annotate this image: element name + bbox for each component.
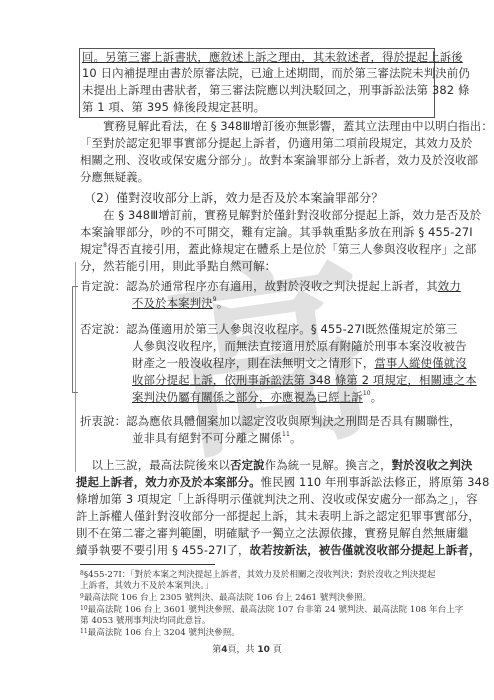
text: 。 xyxy=(371,390,383,404)
text: 最高法院 106 台上 3601 號判決參照、最高法院 107 台非第 24 號… xyxy=(88,605,464,615)
text: 作為統一見解。換言之， xyxy=(265,458,392,472)
theory-negate-line-3: 財產之一般沒收程序，則在法無明文之情形下，當事人縱使僅就沒 xyxy=(132,356,467,370)
text: 。 xyxy=(290,431,302,445)
text: 否定說 xyxy=(230,458,265,472)
text: 惟民國 110 年刑事訴訟法修正，將原第 348 xyxy=(261,475,490,489)
theory-label: 否定說： xyxy=(80,322,126,336)
footnote-10: 10最高法院 106 台上 3601 號判決參照、最高法院 107 台非第 24… xyxy=(80,605,463,616)
para1-line-2: 「至對於認定犯罪事實部分提起上訴者，仍適用第二項前段規定，其效力及於 xyxy=(80,136,472,150)
footnote-8: 8§455-27Ⅰ：「對於本案之判決提起上訴者，其效力及於相關之沒收判決；對於沒… xyxy=(80,570,435,581)
boxed-line-2: 10 日內補提理由書於原審法院，已逾上述期間，而於第三審法院未判決前仍 xyxy=(82,66,470,80)
conclusion-line-5: 則不在第二審之審判範圍，明確賦予一獨立之法源依據，實務見解自然無庸繼 xyxy=(76,526,468,540)
document-page: 高 回。另第三審上訴書狀，應敘述上訴之理由，其未敘述者，得於提起上訴後 10 日… xyxy=(0,0,494,700)
text: 認為僅適用於第三人參與沒收程序。§ 455-27Ⅰ既然僅規定於第三 xyxy=(126,322,457,336)
theory-compromise-line-1: 折衷說：認為應依具體個案加以認定沒收與原判決之刑間是否具有關聯性， xyxy=(80,414,461,428)
theory-affirm-line-1: 肯定說：認為於通常程序亦有適用，故對於沒收之判決提起上訴者，其效力 xyxy=(80,279,461,293)
footnote-ref[interactable]: 10 xyxy=(363,390,371,397)
para2-line-4: 分，然若能引用，則此爭點自然可解： xyxy=(80,259,276,273)
conclusion-line-4: 許上訴權人僅針對沒收部分一部提起上訴，其未表明上訴之認定犯罪事實部分， xyxy=(76,509,480,523)
conclusion-line-1: 以上三說，最高法院後來以否定說作為統一見解。換言之，對於沒收之判決 xyxy=(80,458,472,472)
text: 得否直接引用，蓋此條規定在體系上是位於「第三人參與沒收程序」之部 xyxy=(107,242,476,256)
total-pages: 10 xyxy=(257,645,270,655)
text: 頁 xyxy=(270,645,282,655)
text: 認為於通常程序亦有適用，故對於沒收之判決提起上訴者，其 xyxy=(126,279,438,293)
text: 續爭執要不要引用 § 455-27Ⅰ了， xyxy=(76,543,250,557)
para1-line-4: 分應無疑義。 xyxy=(80,170,149,184)
theory-negate-line-2: 人參與沒收程序，而無法直接適用於原有附隨於刑事本案沒收被告 xyxy=(132,339,467,353)
text: 並非具有絕對不可分離之關係 xyxy=(132,431,282,445)
bracket-tick-bottom xyxy=(72,392,78,393)
boxed-text: 回。另第三審上訴書狀，應敘述上訴之理由，其未敘述者，得於提起上訴後 xyxy=(82,50,463,64)
text: 故若按新法，被告僅就沒收部分提起上訴者， xyxy=(250,543,481,557)
conclusion-line-2: 提起上訴者，效力亦及於本案部分。惟民國 110 年刑事訴訟法修正，將原第 348 xyxy=(76,475,489,489)
footnote-number: 11 xyxy=(80,628,88,635)
text: 提起上訴者，效力亦及於本案部分。 xyxy=(76,475,261,489)
footnote-10-cont: 第 4053 號刑事判決均同此意旨。 xyxy=(80,616,210,627)
text: 頁，共 xyxy=(228,645,258,655)
text: 第 xyxy=(212,645,221,655)
footnote-8-cont: 上訴者，其效力不及於本案判決。」 xyxy=(80,581,213,592)
bracket-tick-top xyxy=(72,286,78,287)
para2-line-2: 本案論罪部分，吵的不可開交，難有定論。其爭執重點多放在刑訴 § 455-27Ⅰ xyxy=(80,225,473,239)
footnote-number: 10 xyxy=(80,605,88,612)
conclusion-line-3: 條增加第 3 項規定「上訴得明示僅就判決之刑、沒收或保安處分一部為之」，容 xyxy=(76,492,478,506)
text: 對於沒收之判決 xyxy=(392,458,473,472)
bracket-line xyxy=(72,286,73,392)
text: 案判決仍屬有關係之部分，亦應視為已經上訴 xyxy=(132,390,363,404)
theory-negate-line-1: 否定說：認為僅適用於第三人參與沒收程序。§ 455-27Ⅰ既然僅規定於第三 xyxy=(80,322,458,336)
text: 當事人縱使僅就沒 xyxy=(374,356,466,370)
boxed-line-4: 第 1 項、第 395 條後段規定甚明。 xyxy=(82,100,265,114)
page-number-footer: 第4頁，共 10 頁 xyxy=(0,642,494,655)
para1-line-3: 相關之刑、沒收或保安處分部分」。故對本案論罪部分上訴者，效力及於沒收部 xyxy=(80,153,478,167)
conclusion-line-6: 續爭執要不要引用 § 455-27Ⅰ了，故若按新法，被告僅就沒收部分提起上訴者， xyxy=(76,543,480,557)
theory-affirm-line-2: 不及於本案判決9。 xyxy=(132,296,228,310)
theory-compromise-line-2: 並非具有絕對不可分離之關係11。 xyxy=(132,431,302,445)
left-vertical-bar xyxy=(75,262,76,472)
text: 效力 xyxy=(438,279,461,293)
para2-line-1: 在 § 348Ⅲ增訂前，實務見解對於僅針對沒收部分提起上訴，效力是否及於 xyxy=(80,208,481,222)
theory-negate-line-5: 案判決仍屬有關係之部分，亦應視為已經上訴10。 xyxy=(132,390,382,404)
text: 不及於本案判決 xyxy=(132,296,213,310)
theory-negate-line-4: 收部分提起上訴，依刑事訴訟法第 348 條第 2 項規定，相關連之本 xyxy=(132,373,477,387)
boxed-line-3: 未提出上訴理由書狀者，第三審法院應以判決駁回之，刑事訴訟法第 382 條 xyxy=(82,83,470,97)
theory-label: 肯定說： xyxy=(80,279,126,293)
text: 認為應依具體個案加以認定沒收與原判決之刑間是否具有關聯性， xyxy=(126,414,461,428)
text: 最高法院 106 台上 2305 號判決、最高法院 106 台上 2461 號判… xyxy=(84,593,371,603)
section-heading: （2）僅對沒收部分上訴，效力是否及於本案論罪部分？ xyxy=(84,191,383,205)
footnote-11: 11最高法院 106 台上 3204 號判決參照。 xyxy=(80,628,240,639)
text: 財產之一般沒收程序，則在法無明文之情形下， xyxy=(132,356,374,370)
theory-label: 折衷說： xyxy=(80,414,126,428)
text: 規定 xyxy=(80,242,103,256)
boxed-line-1: 回。另第三審上訴書狀，應敘述上訴之理由，其未敘述者，得於提起上訴後 xyxy=(82,50,463,64)
text: 收部分提起上訴，依刑事訴訟法第 348 條第 2 項規定，相關連之本 xyxy=(132,373,477,387)
para2-line-3: 規定8得否直接引用，蓋此條規定在體系上是位於「第三人參與沒收程序」之部 xyxy=(80,242,476,256)
text: 。 xyxy=(217,296,229,310)
text: §455-27Ⅰ：「對於本案之判決提起上訴者，其效力及於相關之沒收判決；對於沒收… xyxy=(84,570,436,580)
para1-line-1: 實務見解此看法，在 § 348Ⅲ增訂後亦無影響，蓋其立法理由中以明白指出： xyxy=(80,119,493,133)
text: 以上三說，最高法院後來以 xyxy=(80,458,230,472)
footnote-ref[interactable]: 11 xyxy=(282,431,290,438)
text: 最高法院 106 台上 3204 號判決參照。 xyxy=(88,628,240,638)
footnote-9: 9最高法院 106 台上 2305 號判決、最高法院 106 台上 2461 號… xyxy=(80,593,371,604)
footnote-separator xyxy=(80,564,215,565)
